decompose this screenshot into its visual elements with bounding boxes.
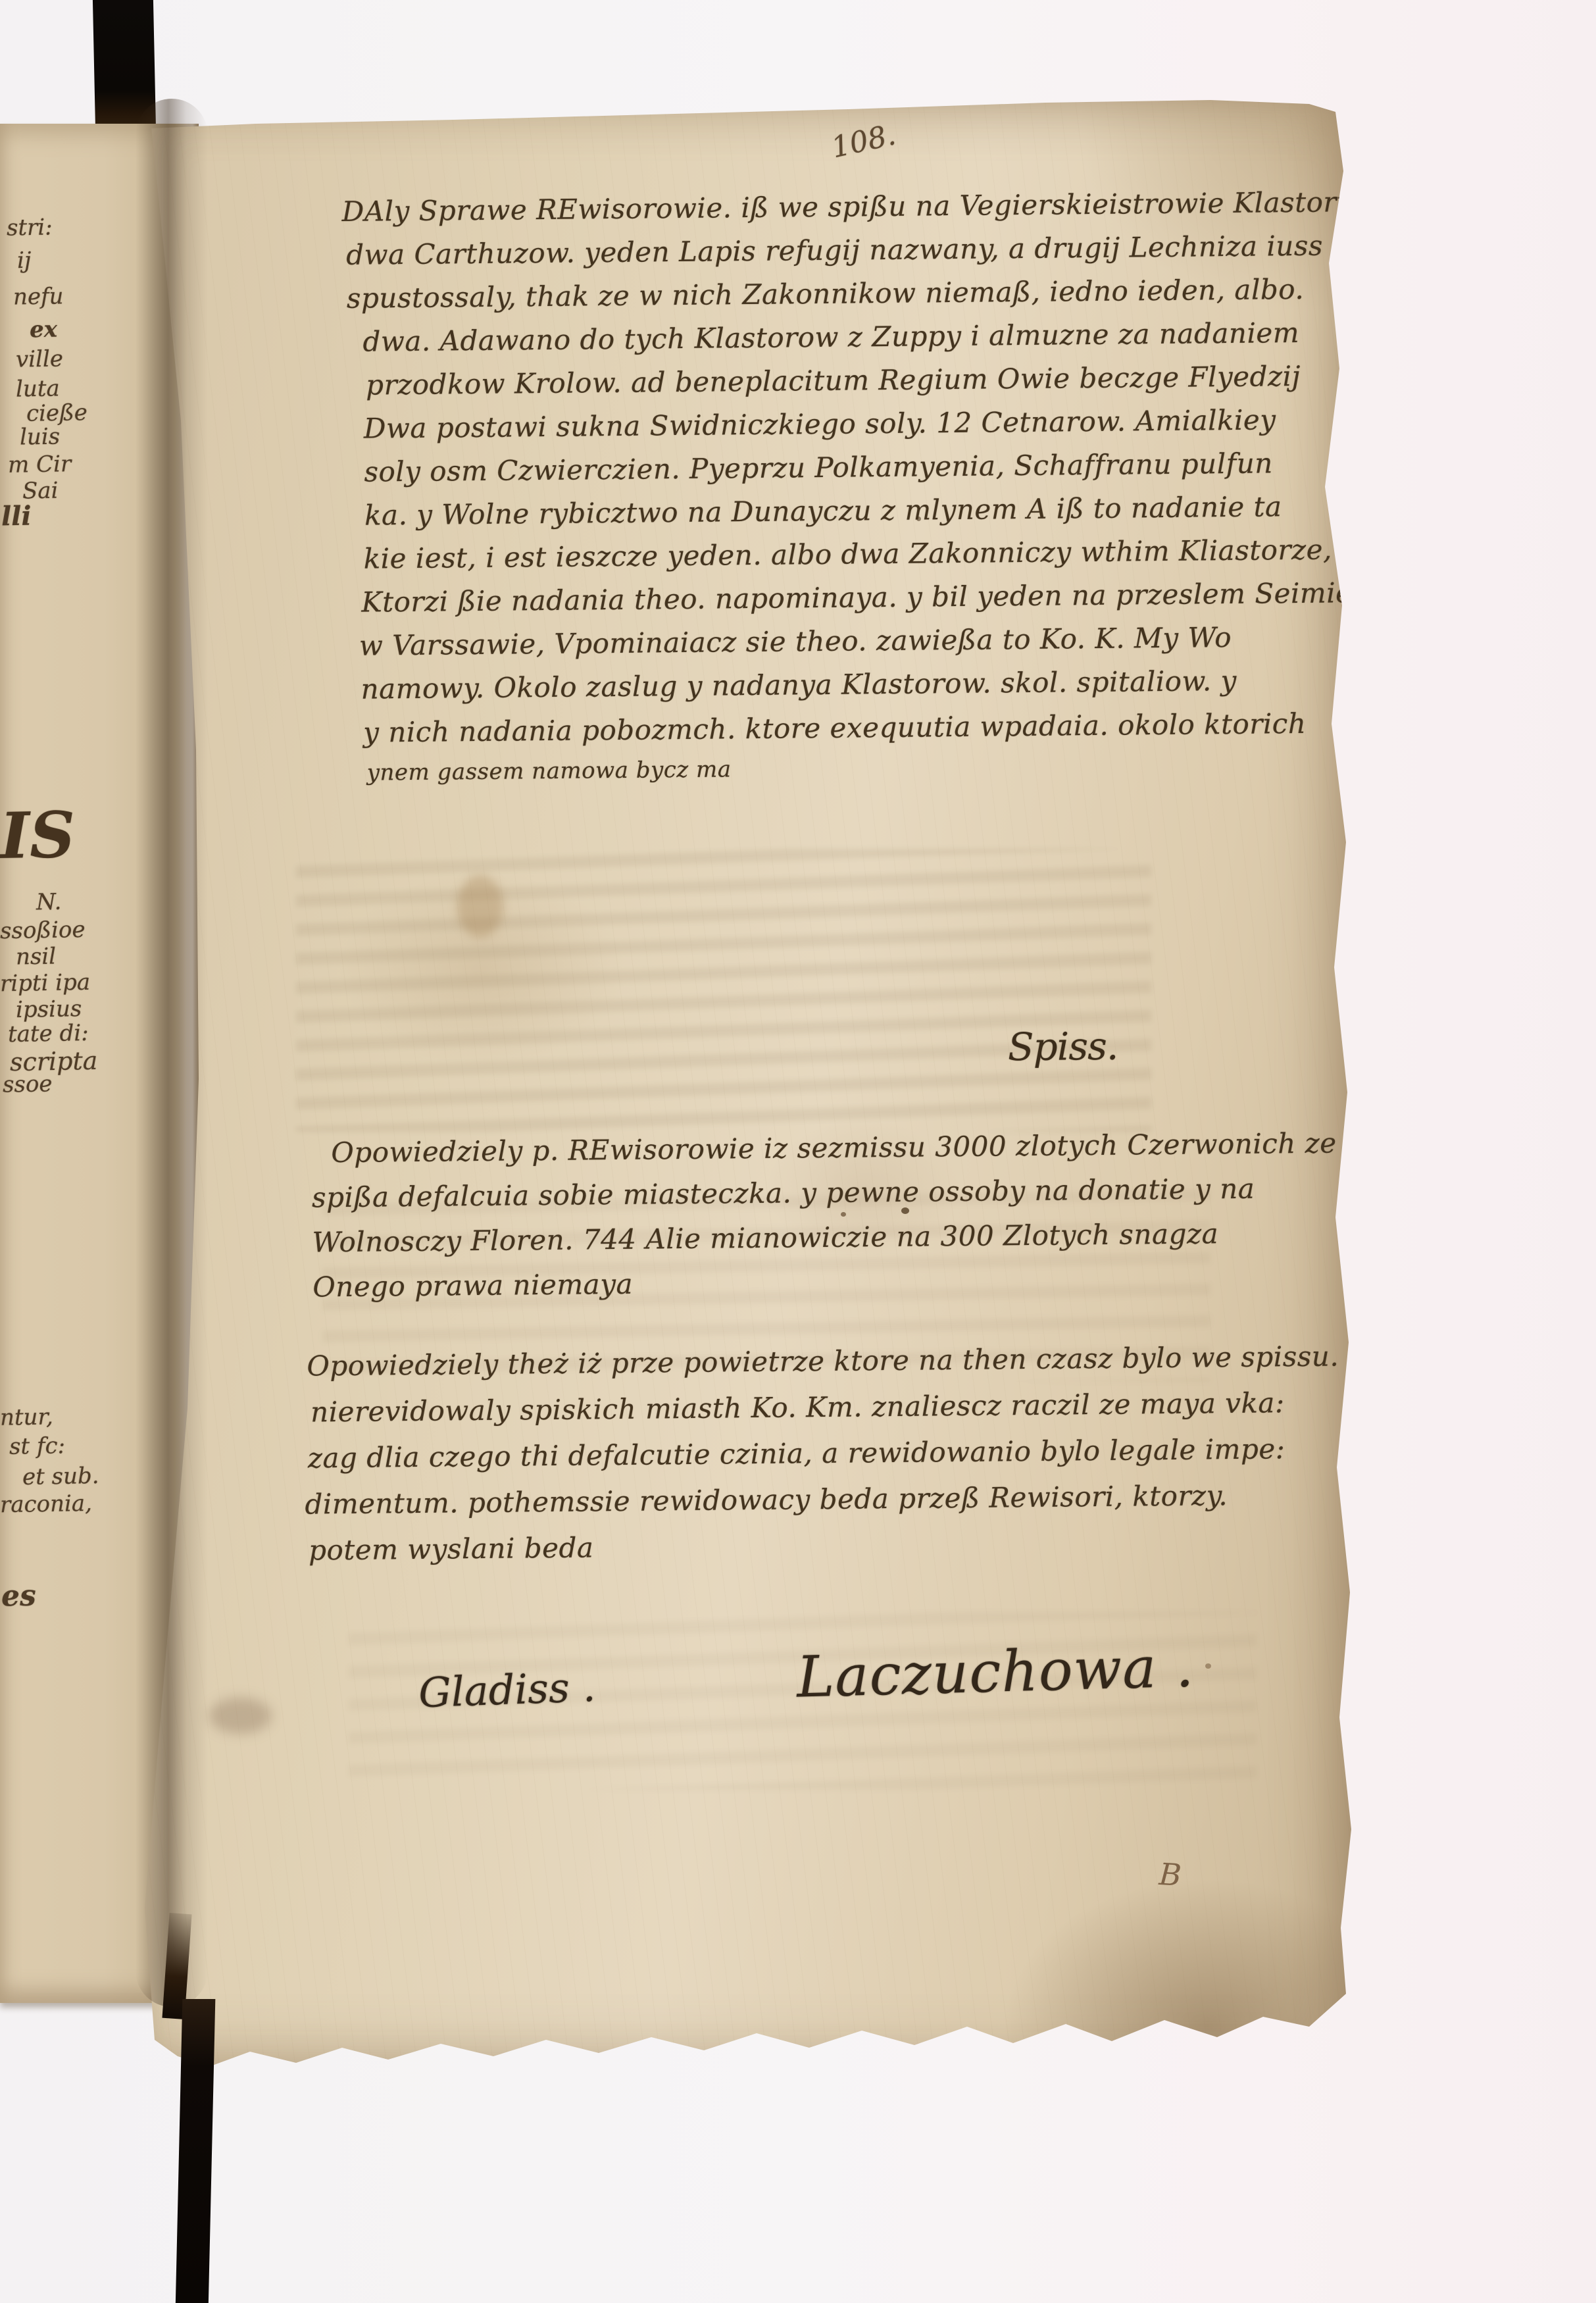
facing-page-text-fragment: nsil — [16, 943, 57, 970]
facing-page-text-fragment: ssoßioe — [0, 917, 86, 944]
text-line: Onego prawa niemaya — [312, 1261, 1338, 1315]
facing-page-text-fragment: luis — [20, 423, 61, 450]
facing-page-text-fragment: raconia, — [0, 1490, 92, 1518]
text-line: ynem gassem namowa bycz ma — [367, 750, 1355, 803]
manuscript-scan: stri: ij nefu ex ville luta cieße luis m… — [0, 0, 1596, 2303]
corner-mark: B — [1158, 1856, 1182, 1893]
facing-page-text-fragment: ntur, — [0, 1404, 53, 1430]
signature-gladiss: Gladiss . — [418, 1663, 596, 1717]
book-gutter — [136, 99, 208, 2007]
facing-page-text-fragment: es — [1, 1579, 37, 1613]
facing-page-text-fragment: nefu — [13, 283, 64, 310]
facing-page-text-fragment: ville — [16, 345, 64, 372]
facing-page-text-fragment: st fc: — [9, 1432, 66, 1459]
page-number: 108. — [828, 118, 899, 164]
signature-laczuchowa: Laczuchowa . — [796, 1634, 1195, 1710]
paragraph-2: Opowiedziely p. REwisorowie iz sezmissu … — [311, 1126, 1338, 1315]
facing-page-text-fragment: stri: — [7, 214, 53, 241]
handwritten-text-layer: 108. DAly Sprawe REwisorowie. iß we spiß… — [124, 82, 1373, 2087]
facing-page-text-fragment: m Cir — [8, 451, 72, 478]
facing-page-text-fragment: ex — [30, 316, 58, 343]
facing-page-text-fragment: luta — [16, 375, 60, 402]
bookmark-ribbon-bottom — [176, 1999, 216, 2303]
text-line: potem wyslani beda — [309, 1524, 1341, 1580]
facing-page-text-fragment: N. — [36, 889, 62, 916]
facing-page-text-fragment: ij — [17, 247, 32, 274]
facing-page-text-fragment: lli — [1, 501, 32, 532]
facing-page-text-fragment: ipsius — [16, 996, 82, 1023]
facing-page-text-fragment: ssoe — [3, 1071, 53, 1098]
paragraph-3: Opowiedziely theż iż prze powietrze ktor… — [303, 1340, 1341, 1580]
facing-page-text-fragment: IS — [0, 797, 76, 873]
section-heading: Spiss. — [1008, 1024, 1118, 1070]
facing-page-text-fragment: ripti ipa — [0, 969, 90, 997]
facing-page-text-fragment: tate di: — [8, 1020, 89, 1048]
facing-page-text-fragment: et sub. — [22, 1463, 99, 1490]
paragraph-1: DAly Sprawe REwisorowie. iß we spißu na … — [341, 186, 1354, 803]
manuscript-page: 108. DAly Sprawe REwisorowie. iß we spiß… — [125, 92, 1355, 2086]
